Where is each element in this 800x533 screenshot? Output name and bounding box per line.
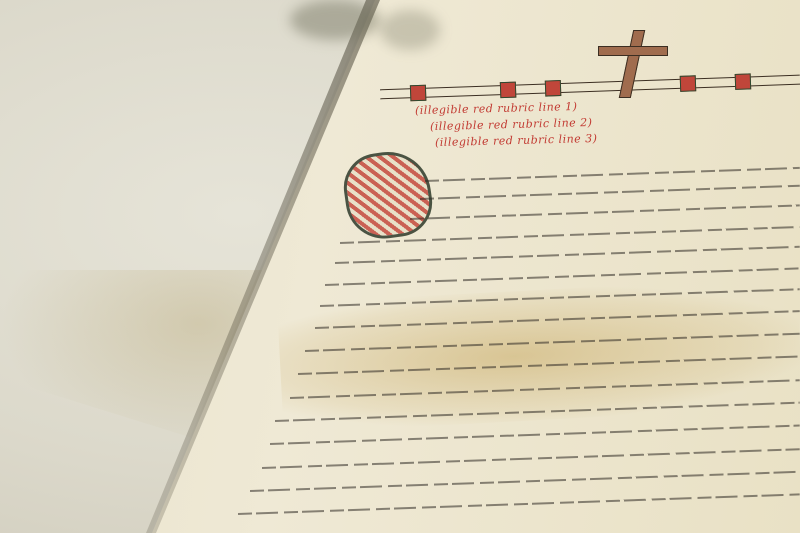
manuscript-photo: (illegible red rubric line 1) (illegible… [0,0,800,533]
manuscript-body-text [0,0,800,533]
